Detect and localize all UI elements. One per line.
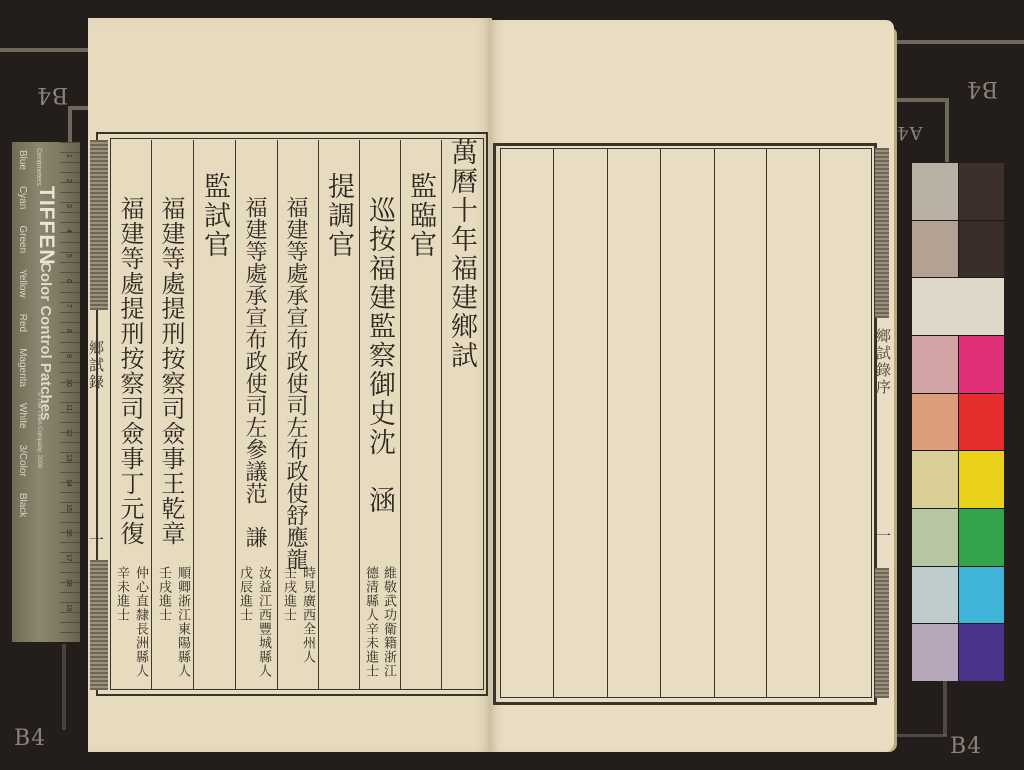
background-guide-line (895, 98, 947, 102)
fish-tail-lower (90, 560, 108, 690)
official-note: 汝益江西豐城縣人 (256, 566, 271, 678)
ban-xin-title: 鄉試錄 (91, 340, 107, 391)
color-patch (912, 163, 958, 220)
background-label-b4: B4 (36, 82, 68, 107)
tiffen-color-names: BlueCyanGreenYellowRedMagentaWhite3/Colo… (17, 150, 28, 533)
ruler-ticks: 12345678910111213141516171819 (65, 154, 72, 629)
color-patch (959, 336, 1005, 393)
background-label-b4: B4 (966, 76, 998, 101)
role-heading-jianshi: 監試官 (201, 172, 228, 259)
background-guide-line (68, 106, 72, 146)
background-label-b4: B4 (950, 734, 982, 759)
tiffen-logo: TIFFEN (34, 186, 58, 266)
color-patch (912, 509, 958, 566)
official-note: 仲心直隸長洲縣人 (133, 566, 148, 678)
color-patch (959, 221, 1005, 278)
background-guide-line (943, 680, 947, 736)
right-page-inner-border (500, 148, 872, 698)
background-label-a4: A4 (896, 122, 922, 143)
color-patch (912, 278, 1004, 335)
official-note: 時見廣西全州人 (300, 566, 315, 664)
ruler-unit-label: Centimeters (35, 148, 42, 186)
background-guide-line (895, 40, 1024, 44)
right-ban-xin-margin: 鄉試錄序 一 (875, 148, 889, 698)
official-name-shu-yinglong: 福建等處承宣布政使司左布政使舒應龍 (284, 196, 306, 570)
color-patch (959, 394, 1005, 451)
column-rule (553, 148, 554, 698)
color-patch (959, 624, 1005, 681)
color-patch-card (912, 163, 1004, 681)
color-patch (959, 509, 1005, 566)
ban-xin-page-number: 一 (91, 532, 107, 549)
background-label-b4: B4 (14, 726, 46, 751)
background-guide-line (0, 48, 92, 52)
color-patch (912, 394, 958, 451)
fish-tail-upper (90, 140, 108, 310)
color-patch (959, 451, 1005, 508)
left-ban-xin-margin: 鄉試錄 一 (90, 140, 108, 690)
role-heading-jianlin: 監臨官 (407, 172, 434, 259)
tiffen-copyright: © The Tiffen Company, 2000 (36, 392, 42, 468)
official-note: 辛未進士 (114, 566, 129, 622)
official-name-shen-han: 巡按福建監察御史沈 涵 (366, 196, 393, 515)
column-rule (766, 148, 767, 698)
background-guide-line (945, 98, 949, 162)
background-guide-line (895, 734, 947, 737)
document-title: 萬曆十年福建鄉試 (448, 138, 475, 370)
column-rule (607, 148, 608, 698)
color-patch (959, 567, 1005, 624)
official-note: 壬戌進士 (281, 566, 296, 622)
color-patch (912, 451, 958, 508)
official-note: 維敬武功衛籍浙江 (381, 566, 396, 678)
official-note: 壬戌進士 (156, 566, 171, 622)
fish-tail-lower (875, 568, 889, 698)
column-rule (660, 148, 661, 698)
official-name-fan-qian: 福建等處承宣布政使司左參議范 謙 (243, 196, 265, 548)
official-note: 戊辰進士 (237, 566, 252, 622)
color-patch (959, 163, 1005, 220)
color-patch (912, 624, 958, 681)
fish-tail-upper (875, 148, 889, 318)
column-rule (819, 148, 820, 698)
tiffen-color-control-strip: 12345678910111213141516171819 Centimeter… (12, 142, 80, 642)
official-note: 順卿浙江東陽縣人 (175, 566, 190, 678)
column-rule (714, 148, 715, 698)
ban-xin-title: 鄉試錄序 (873, 328, 894, 396)
color-patch (912, 567, 958, 624)
official-note: 德清縣人辛未進士 (363, 566, 378, 678)
background-guide-line (62, 644, 66, 730)
official-name-ding-yuanfu: 福建等處提刑按察司僉事丁元復 (118, 196, 142, 546)
color-patch (912, 221, 958, 278)
color-patch (912, 336, 958, 393)
official-name-wang-qianzhang: 福建等處提刑按察司僉事王乾章 (159, 196, 183, 546)
role-heading-tidiao: 提調官 (325, 172, 352, 259)
ban-xin-page-number: 一 (873, 528, 894, 545)
